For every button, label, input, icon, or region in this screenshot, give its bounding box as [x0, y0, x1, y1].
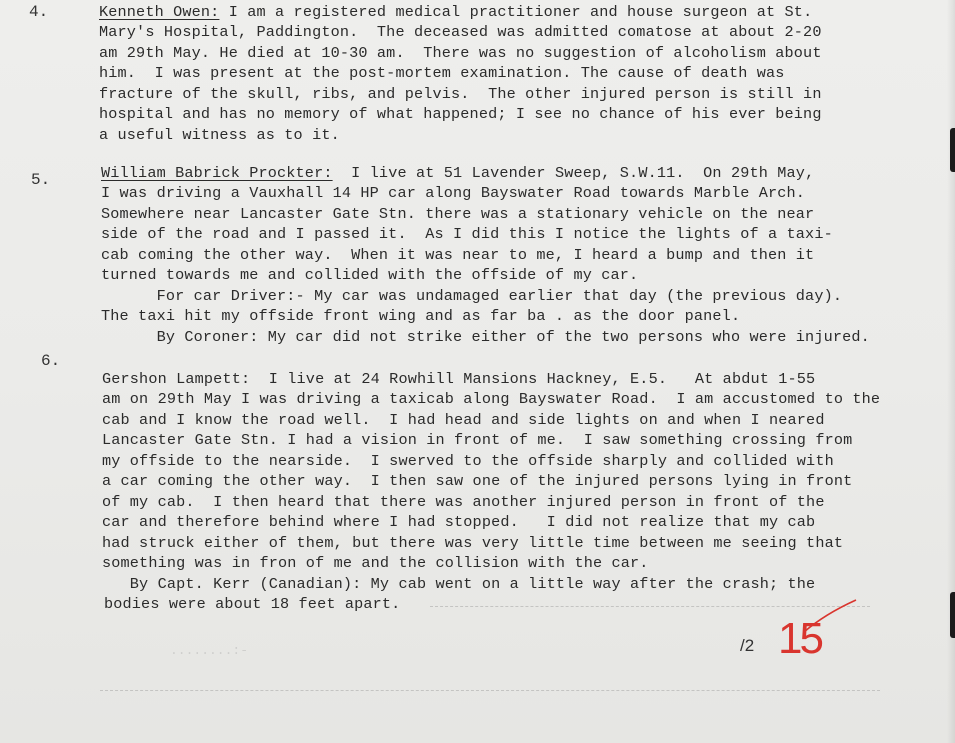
binder-clip-mark — [950, 592, 955, 638]
statement-line: By Coroner: My car did not strike either… — [101, 328, 870, 346]
statement-line: Somewhere near Lancaster Gate Stn. there… — [101, 205, 814, 223]
statement-line: car and therefore behind where I had sto… — [102, 513, 815, 531]
statement-line: my offside to the nearside. I swerved to… — [102, 452, 834, 470]
statement-line: bodies were about 18 feet apart. — [104, 595, 400, 613]
statement-line: The taxi hit my offside front wing and a… — [101, 307, 740, 325]
statement-line: am 29th May. He died at 10-30 am. There … — [99, 44, 822, 62]
statement-line: Gershon Lampett: I live at 24 Rowhill Ma… — [102, 370, 815, 388]
statement-line: something was in fron of me and the coll… — [102, 554, 649, 572]
dashed-rule — [100, 690, 880, 691]
statement-line: By Capt. Kerr (Canadian): My cab went on… — [102, 575, 815, 593]
statement-line: side of the road and I passed it. As I d… — [101, 225, 833, 243]
statement-line: a useful witness as to it. — [99, 126, 340, 144]
binder-clip-mark — [950, 128, 955, 172]
statement-line: turned towards me and collided with the … — [101, 266, 638, 284]
statement-line: fracture of the skull, ribs, and pelvis.… — [99, 85, 822, 103]
statement-line: Lancaster Gate Stn. I had a vision in fr… — [102, 431, 852, 449]
statement-line: cab and I know the road well. I had head… — [102, 411, 825, 429]
pencil-page-number: /2 — [740, 636, 754, 656]
statement-line: Kenneth Owen: I am a registered medical … — [99, 3, 812, 21]
statement-line: had struck either of them, but there was… — [102, 534, 843, 552]
entry-number: 4. — [29, 3, 48, 21]
statement-line: For car Driver:- My car was undamaged ea… — [101, 287, 842, 305]
statement-line: I was driving a Vauxhall 14 HP car along… — [101, 184, 805, 202]
statement-line: hospital and has no memory of what happe… — [99, 105, 822, 123]
entry-number: 6. — [41, 352, 60, 370]
statement-line: am on 29th May I was driving a taxicab a… — [102, 390, 880, 408]
statement-line: him. I was present at the post-mortem ex… — [99, 64, 785, 82]
statement-line: William Babrick Prockter: I live at 51 L… — [101, 164, 814, 182]
statement-line: cab coming the other way. When it was ne… — [101, 246, 814, 264]
statement-line: a car coming the other way. I then saw o… — [102, 472, 852, 490]
statement-line: Mary's Hospital, Paddington. The decease… — [99, 23, 822, 41]
witness-name: Kenneth Owen: — [99, 3, 219, 21]
entry-number: 5. — [31, 171, 50, 189]
statement-line: of my cab. I then heard that there was a… — [102, 493, 825, 511]
witness-name: William Babrick Prockter: — [101, 164, 333, 182]
bleedthrough-text: ........:- — [170, 643, 248, 658]
document-page: 4. Kenneth Owen: I am a registered medic… — [0, 0, 955, 743]
red-check-stroke — [800, 596, 860, 636]
